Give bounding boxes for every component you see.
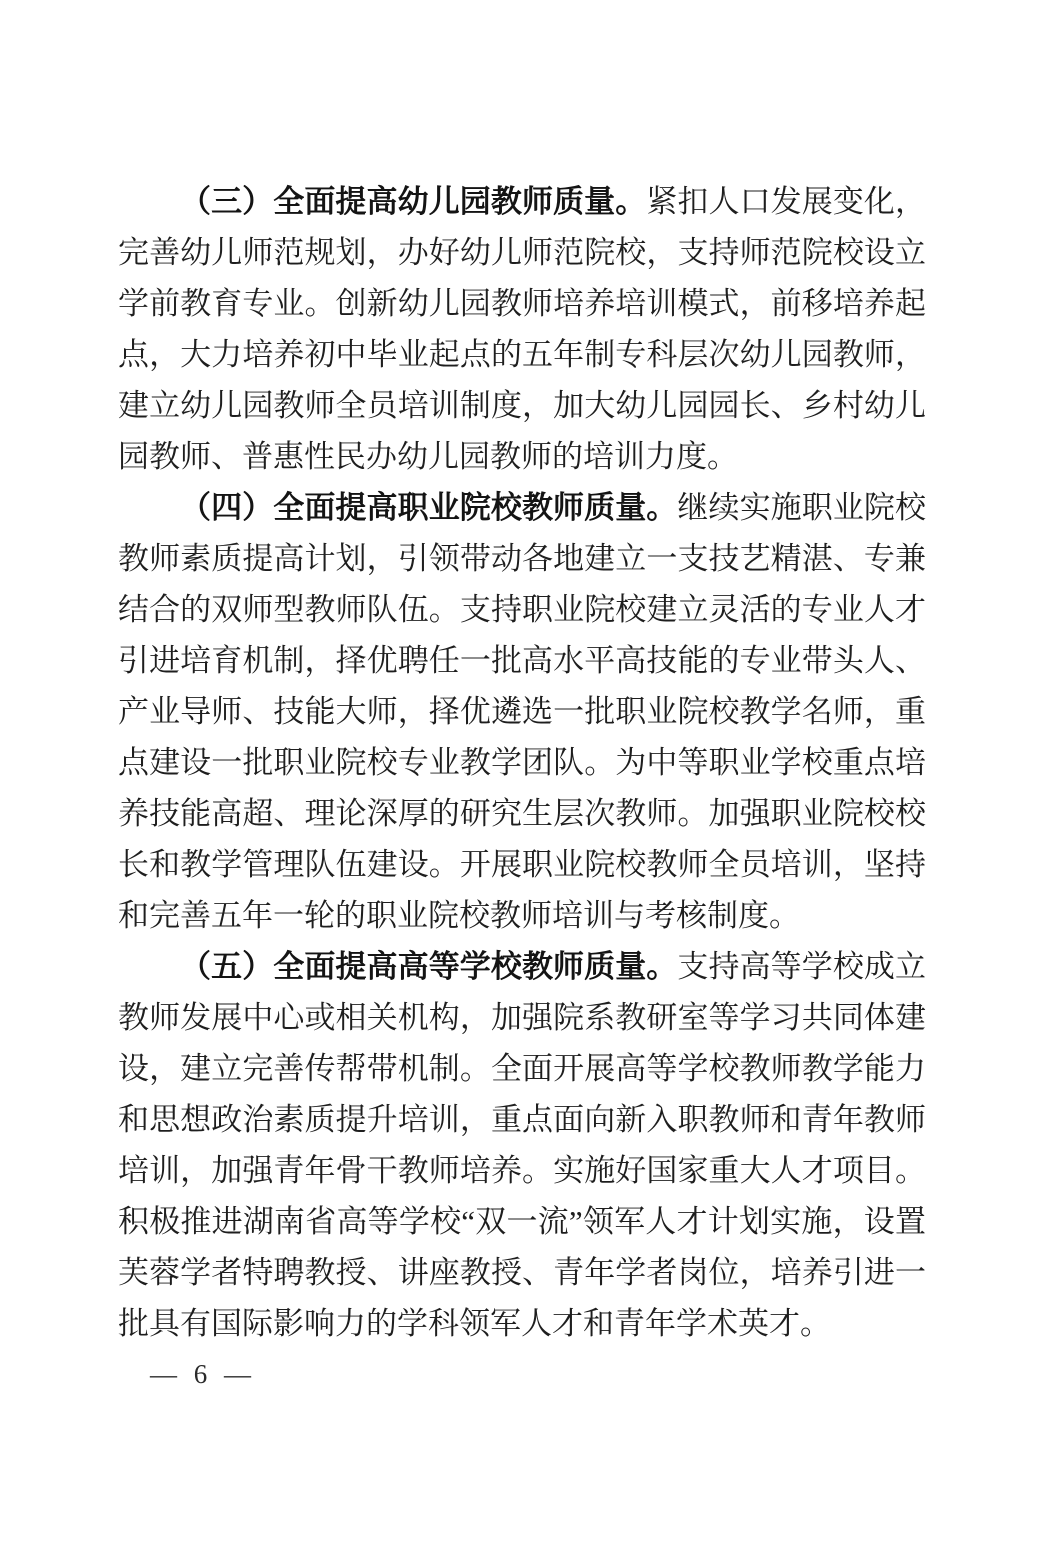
section-3-heading: （三）全面提高幼儿园教师质量。 [180,184,646,219]
section-5-body: 支持高等学校成立教师发展中心或相关机构，加强院系教研室等学习共同体建设，建立完善… [118,949,926,1341]
document-page: （三）全面提高幼儿园教师质量。紧扣人口发展变化，完善幼儿师范规划，办好幼儿师范院… [0,0,1059,1554]
section-3-body: 紧扣人口发展变化，完善幼儿师范规划，办好幼儿师范院校，支持师范院校设立学前教育专… [118,184,926,474]
document-text-block: （三）全面提高幼儿园教师质量。紧扣人口发展变化，完善幼儿师范规划，办好幼儿师范院… [118,176,926,1349]
paragraph-section-3: （三）全面提高幼儿园教师质量。紧扣人口发展变化，完善幼儿师范规划，办好幼儿师范院… [118,176,926,482]
paragraph-section-5: （五）全面提高高等学校教师质量。支持高等学校成立教师发展中心或相关机构，加强院系… [118,941,926,1349]
paragraph-section-4: （四）全面提高职业院校教师质量。继续实施职业院校教师素质提高计划，引领带动各地建… [118,482,926,941]
section-4-heading: （四）全面提高职业院校教师质量。 [180,490,677,525]
page-footer: — 6 — [150,1356,252,1392]
section-4-body: 继续实施职业院校教师素质提高计划，引领带动各地建立一支技艺精湛、专兼结合的双师型… [118,490,926,933]
page-number: — 6 — [150,1359,252,1389]
section-5-heading: （五）全面提高高等学校教师质量。 [180,949,677,984]
